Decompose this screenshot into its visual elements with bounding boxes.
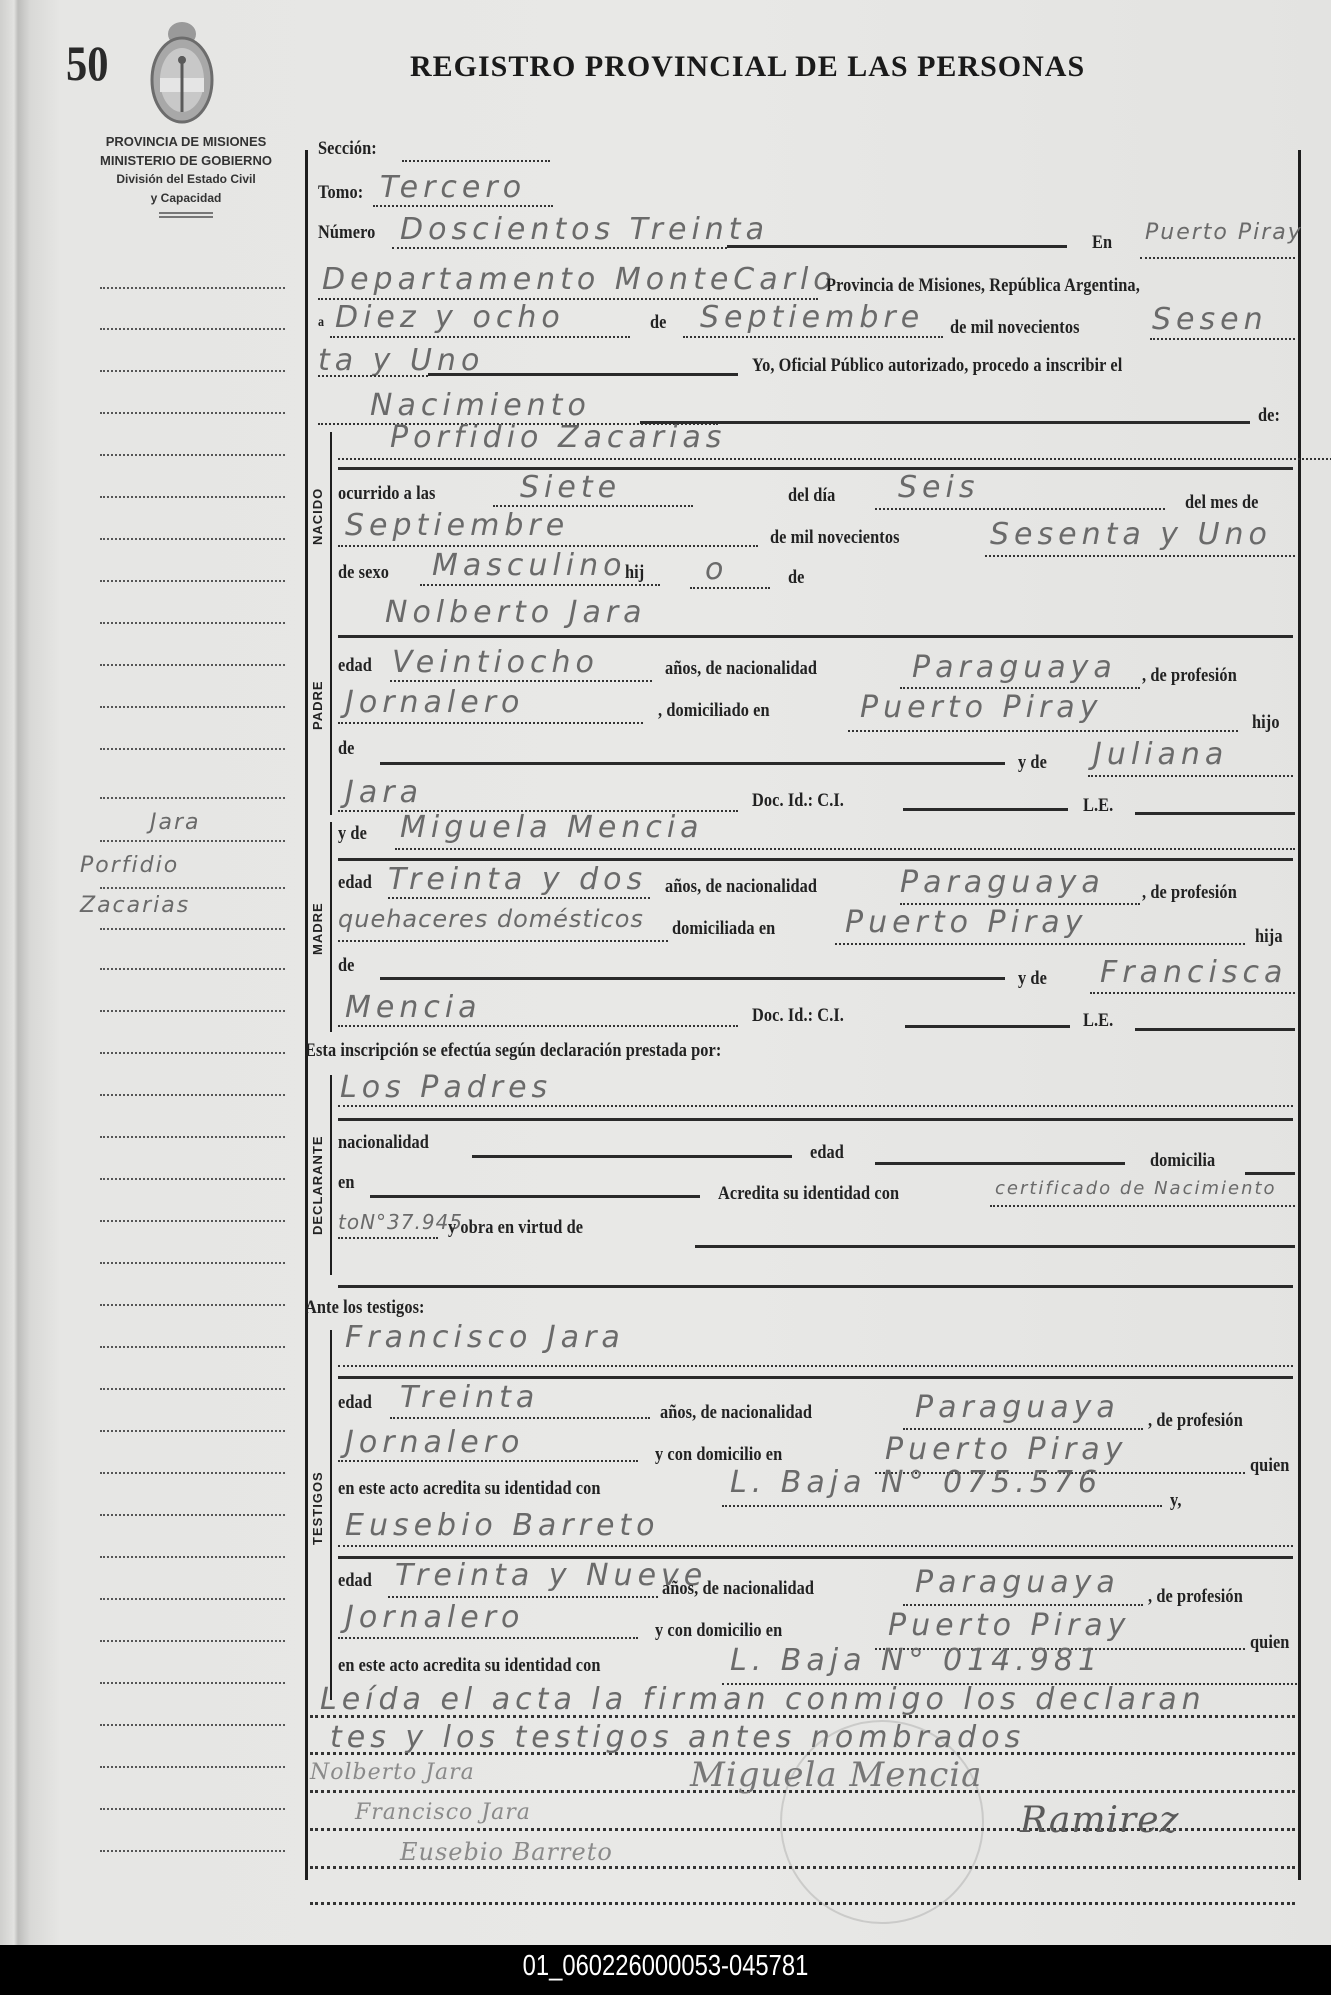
testigo-prof-underline [338, 1637, 638, 1639]
mes-nacimiento-value[interactable]: Septiembre [345, 508, 569, 543]
nacido-nombre-line [338, 467, 1293, 470]
padre-prof-underline [338, 722, 643, 724]
oficial-text: Yo, Oficial Público autorizado, procedo … [752, 355, 1122, 377]
issuer-line: y Capacidad [76, 189, 296, 208]
madre-le-label: L.E. [1083, 1010, 1113, 1032]
madre-nombre-dotline [395, 848, 1295, 850]
testigo-nac-label: años, de nacionalidad [662, 1578, 814, 1600]
madre-hija-label: hija [1255, 926, 1283, 948]
declarante-edad-label: edad [810, 1142, 844, 1164]
sexo-value[interactable]: Masculino [432, 548, 626, 583]
madre-nombre[interactable]: Miguela Mencia [400, 810, 704, 845]
en-label: En [1092, 232, 1112, 254]
testigo-prof-underline [338, 1460, 638, 1462]
testigo-trail: y, [1170, 1490, 1182, 1512]
signature-padre: Nolberto Jara [310, 1760, 475, 1785]
mil-label-2: de mil novecientos [770, 527, 900, 549]
padre-abuela-value-2[interactable]: Jara [345, 775, 423, 810]
padre-doc-field[interactable] [903, 808, 1068, 811]
declarante-bracket [330, 1075, 332, 1275]
testigo-acredita-label: en este acto acredita su identidad con [338, 1655, 601, 1677]
padre-dom-label: , domiciliado en [658, 700, 770, 722]
anio-underline-1 [1150, 338, 1295, 340]
closing-line-1: Leída el acta la firman conmigo los decl… [320, 1682, 1206, 1717]
declarante-acredita-underline-2 [338, 1237, 438, 1239]
testigo-acredita-value[interactable]: L. Baja N° 014.981 [730, 1643, 1102, 1678]
mes-underline [683, 336, 943, 338]
testigo-edad-label: edad [338, 1570, 372, 1592]
declarante-intro: Esta inscripción se efectúa según declar… [305, 1040, 721, 1062]
margin-note-surname: Jara [150, 810, 201, 835]
padre-nac-value[interactable]: Paraguaya [912, 650, 1117, 685]
argentina-coat-of-arms-icon [146, 16, 218, 128]
seccion-field[interactable] [402, 160, 550, 162]
padre-hijo-label: hijo [1252, 712, 1280, 734]
tomo-underline [373, 205, 553, 207]
ocurrido-label: ocurrido a las [338, 483, 435, 505]
departamento-value[interactable]: Departamento MonteCarlo [322, 262, 837, 297]
testigo-dom-label: y con domicilio en [655, 1620, 782, 1642]
declarante-nac-field[interactable] [472, 1155, 792, 1158]
dia-nacimiento-underline [875, 508, 1165, 510]
de-label: de [650, 312, 667, 334]
declarante-acredita-value[interactable]: certificado de Nacimiento [995, 1178, 1277, 1199]
padre-le-label: L.E. [1083, 795, 1113, 817]
madre-nac-value[interactable]: Paraguaya [900, 865, 1105, 900]
testigo-dom-value[interactable]: Puerto Piray [888, 1608, 1130, 1643]
testigo-nac-value[interactable]: Paraguaya [915, 1390, 1120, 1425]
tomo-value[interactable]: Tercero [380, 170, 526, 205]
padre-dom-underline [848, 730, 1238, 732]
mes-nacimiento-underline [338, 545, 758, 547]
numero-value[interactable]: Doscientos Treinta [400, 212, 769, 247]
numero-underline [392, 247, 727, 249]
padre-nac-underline [900, 687, 1140, 689]
testigo-prof-label: , de profesión [1148, 1410, 1243, 1432]
image-code: 01_060226000053-045781 [120, 1950, 1211, 1983]
testigo-edad-value[interactable]: Treinta y Nueve [395, 1558, 707, 1593]
declarante-section-label: DECLARANTE [310, 1135, 325, 1235]
declarante-dom-label: domicilia [1150, 1150, 1215, 1172]
issuer-block: PROVINCIA DE MISIONES MINISTERIO DE GOBI… [76, 132, 296, 218]
madre-abuela-underline-2 [338, 1025, 738, 1027]
padre-dom-value[interactable]: Puerto Piray [860, 690, 1102, 725]
madre-edad-value[interactable]: Treinta y dos [388, 862, 647, 897]
testigo-quien-label: quien [1250, 1455, 1289, 1477]
dia-nacimiento-value[interactable]: Seis [898, 470, 979, 505]
testigo-prof-value[interactable]: Jornalero [345, 1600, 524, 1635]
testigo-prof-label: , de profesión [1148, 1586, 1243, 1608]
testigo-edad-underline [390, 1417, 650, 1419]
declarante-closing-line [338, 1285, 1293, 1288]
testigo-nac-label: años, de nacionalidad [660, 1402, 812, 1424]
padre-y-de-label: y de [1018, 752, 1047, 774]
declarante-acredita-underline [990, 1205, 1295, 1207]
frame-right-tail [1298, 1860, 1301, 1880]
declarante-nombre-dotline [338, 1105, 1293, 1107]
numero-fill-line [727, 245, 1067, 248]
declarante-en-field[interactable] [370, 1195, 700, 1198]
acto-value[interactable]: Nacimiento [370, 388, 591, 423]
hij-underline [690, 587, 770, 589]
nacido-bracket [330, 432, 332, 622]
declarante-dom-tail [1245, 1172, 1295, 1175]
declarante-acredita-value-2[interactable]: toN°37.945 [338, 1210, 463, 1234]
official-stamp [780, 1720, 984, 1924]
hora-underline [493, 505, 693, 507]
hora-value[interactable]: Siete [520, 470, 621, 505]
hij-value[interactable]: o [705, 552, 728, 587]
madre-section-label: MADRE [310, 902, 325, 955]
padre-edad-value[interactable]: Veintiocho [392, 645, 599, 680]
padre-edad-underline [390, 680, 652, 682]
issuer-line: MINISTERIO DE GOBIERNO [76, 151, 296, 170]
del-mes-label: del mes de [1185, 492, 1258, 514]
testigo-nombre[interactable]: Eusebio Barreto [345, 1508, 660, 1543]
testigo-nombre-dotline [338, 1545, 1293, 1547]
padre-doc-label: Doc. Id.: C.I. [752, 790, 844, 812]
localidad-underline [1140, 257, 1295, 259]
padre-edad-label: edad [338, 655, 372, 677]
madre-le-field[interactable] [1135, 1028, 1295, 1031]
madre-edad-label: edad [338, 872, 372, 894]
anio-value-1[interactable]: Sesen [1152, 302, 1268, 337]
testigo-prof-value[interactable]: Jornalero [345, 1425, 524, 1460]
frame-right-border [1298, 150, 1301, 1880]
padre-abuela-value-1[interactable]: Juliana [1093, 737, 1228, 772]
sexo-label: de sexo [338, 562, 389, 584]
nacido-section-label: NACIDO [310, 488, 325, 545]
acto-fill-line [640, 421, 1250, 424]
anio-underline-2 [318, 375, 428, 377]
margin-note-given-name: Porfidio [80, 853, 179, 878]
madre-doc-field[interactable] [905, 1025, 1070, 1028]
madre-prof-underline [338, 940, 668, 942]
declarante-nombre-line [338, 1118, 1293, 1121]
document-page: 50 REGISTRO PROVINCIAL DE LAS PERSONAS P… [0, 0, 1331, 1945]
testigo-nac-underline [903, 1604, 1143, 1606]
declarante-en-label: en [338, 1172, 355, 1194]
madre-abuela-value-1[interactable]: Francisca [1100, 955, 1287, 990]
padre-abuelo-line [380, 762, 1005, 765]
localidad-value[interactable]: Puerto Piray [1145, 220, 1303, 245]
madre-dom-value[interactable]: Puerto Piray [845, 905, 1087, 940]
document-title: REGISTRO PROVINCIAL DE LAS PERSONAS [410, 50, 1085, 84]
margin-note-second-name: Zacarias [80, 893, 190, 918]
madre-prof-label: , de profesión [1142, 882, 1237, 904]
signature-madre: Miguela Mencia [690, 1755, 982, 1795]
testigo-nac-underline [903, 1428, 1143, 1430]
de-label-2: de [788, 567, 805, 589]
issuer-underline [159, 212, 213, 218]
nacido-nombre[interactable]: Porfidio Zacarias [390, 420, 726, 455]
seccion-label: Sección: [318, 138, 377, 160]
testigo-nombre[interactable]: Francisco Jara [345, 1320, 625, 1355]
testigo-nombre-line [338, 1376, 1293, 1379]
declarante-nac-label: nacionalidad [338, 1132, 429, 1154]
issuer-line: PROVINCIA DE MISIONES [76, 132, 296, 151]
del-dia-label: del día [788, 485, 835, 507]
padre-prof-label: , de profesión [1142, 665, 1237, 687]
testigos-bracket [330, 1330, 332, 1700]
dia-value[interactable]: Diez y ocho [335, 300, 565, 335]
padre-section-label: PADRE [310, 680, 325, 730]
testigo-edad-label: edad [338, 1392, 372, 1414]
testigo-acredita-label: en este acto acredita su identidad con [338, 1478, 601, 1500]
madre-nac-label: años, de nacionalidad [665, 876, 817, 898]
madre-y-de2-label: y de [1018, 968, 1047, 990]
padre-bracket [330, 605, 332, 815]
padre-nombre-line [338, 635, 1293, 638]
testigo-dom-label: y con domicilio en [655, 1444, 782, 1466]
testigo-nac-value[interactable]: Paraguaya [915, 1565, 1120, 1600]
sexo-underline [420, 584, 660, 586]
hij-label: hij [625, 562, 644, 584]
testigo-acredita-underline [722, 1505, 1162, 1507]
declarante-acredita-label: Acredita su identidad con [718, 1183, 899, 1205]
madre-y-de-label: y de [338, 823, 367, 845]
dia-underline [330, 336, 630, 338]
anio-nacimiento-value[interactable]: Sesenta y Uno [990, 517, 1272, 552]
padre-nombre[interactable]: Nolberto Jara [385, 595, 647, 630]
padre-de-label: de [338, 738, 355, 760]
madre-doc-label: Doc. Id.: C.I. [752, 1005, 844, 1027]
padre-le-field[interactable] [1135, 812, 1295, 815]
testigos-section-label: TESTIGOS [310, 1471, 325, 1545]
madre-dom-underline [835, 943, 1245, 945]
padre-abuela-underline [1088, 775, 1293, 777]
madre-abuela-underline [1090, 992, 1295, 994]
madre-abuela-value-2[interactable]: Mencia [345, 990, 482, 1025]
nacido-nombre-dotline [338, 458, 1331, 460]
testigo-dom-value[interactable]: Puerto Piray [885, 1432, 1127, 1467]
padre-prof-value[interactable]: Jornalero [345, 685, 524, 720]
testigo-acredita-value[interactable]: L. Baja N° 075.576 [730, 1465, 1102, 1500]
madre-prof-value[interactable]: quehaceres domésticos [338, 905, 644, 933]
madre-nombre-line [338, 858, 1293, 861]
de-colon-label: de: [1258, 405, 1280, 427]
provincia-text: Provincia de Misiones, República Argenti… [826, 275, 1140, 297]
declarante-edad-field[interactable] [875, 1162, 1125, 1165]
issuer-line: División del Estado Civil [76, 170, 296, 189]
testigo-nombre-dotline [338, 1365, 1293, 1367]
mil-label: de mil novecientos [950, 317, 1080, 339]
testigo-quien-label: quien [1250, 1632, 1289, 1654]
testigo-edad-underline [388, 1596, 658, 1598]
numero-label: Número [318, 222, 375, 244]
declarante-obra-field[interactable] [695, 1245, 1295, 1248]
testigo-edad-value[interactable]: Treinta [400, 1380, 539, 1415]
declarante-nombre[interactable]: Los Padres [340, 1070, 552, 1105]
padre-nac-label: años, de nacionalidad [665, 658, 817, 680]
signature-oficial: Ramirez [1020, 1800, 1180, 1841]
madre-bracket [330, 822, 332, 1032]
page-number: 50 [66, 34, 109, 92]
anio-fill-line [428, 373, 738, 376]
signature-testigo-2: Eusebio Barreto [400, 1838, 613, 1866]
tomo-label: Tomo: [318, 182, 363, 204]
testigos-intro: Ante los testigos: [305, 1297, 425, 1319]
madre-abuelo-line [380, 977, 1005, 980]
anio-nacimiento-underline [985, 555, 1295, 557]
madre-de-label: de [338, 955, 355, 977]
frame-left-border [305, 150, 308, 1880]
mes-value[interactable]: Septiembre [700, 300, 924, 335]
madre-dom-label: domiciliada en [672, 918, 775, 940]
declarante-obra-label: y obra en virtud de [448, 1217, 583, 1239]
madre-edad-underline [388, 897, 650, 899]
signature-testigo-1: Francisco Jara [355, 1800, 531, 1825]
a-label: a [318, 315, 324, 331]
